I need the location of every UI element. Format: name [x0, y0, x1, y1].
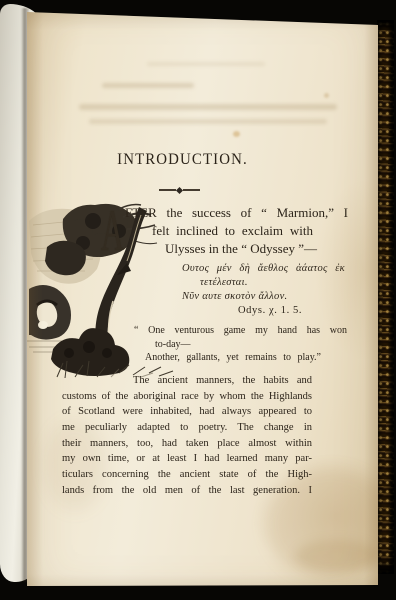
body-text-line: ticulars concerning the ancient state of… [62, 467, 312, 483]
verse-quote-line: Another, gallants, yet remains to play.” [145, 351, 321, 364]
page-title: INTRODUCTION. [38, 151, 327, 169]
body-text-line: customs of the aboriginal race by whom t… [62, 389, 312, 405]
rule-right [183, 189, 200, 191]
opening-line: FTER the success of “ Marmion,” I [125, 204, 348, 222]
greek-quote-line: τετέλεσται. [200, 276, 248, 289]
greek-quote-line: Ουτος μέν δὴ ἄεθλος ἀάατος ἐκ [182, 262, 345, 275]
drop-cap-initial: A [101, 202, 124, 260]
greek-quote-line: Νῦν αυτε σκοτὸν ἄλλον. [182, 290, 287, 303]
show-through-smudge [79, 104, 337, 110]
body-text-line: lands from the old men of the last gener… [62, 483, 312, 499]
show-through-smudge [147, 62, 265, 66]
opening-line: Ulysses in the “ Odyssey ”— [165, 240, 305, 258]
page-stain [324, 93, 329, 98]
greek-citation: Odys. χ. 1. 5. [238, 304, 302, 317]
show-through-smudge [89, 119, 327, 124]
diamond-icon [175, 186, 182, 193]
book-photograph: INTRODUCTION. [0, 0, 396, 600]
rule-left [159, 189, 176, 191]
body-text-line: my own time, or at least I had learned m… [62, 451, 312, 467]
body-text-line: The ancient manners, the habits and [62, 373, 312, 389]
opening-line: felt inclined to exclaim with [152, 222, 313, 240]
page-stain [233, 131, 240, 137]
verse-quote-line: to-day— [155, 338, 191, 351]
divider-ornament [156, 186, 202, 194]
body-text-line: me peculiarly adapted to poetry. The cha… [62, 420, 312, 436]
body-paragraph: The ancient manners, the habits and cust… [62, 373, 312, 499]
body-text-line: their manners, too, had taken place almo… [62, 436, 312, 452]
show-through-smudge [102, 83, 194, 88]
page-stain [295, 540, 379, 572]
body-text-line: of Scotland were inhabited, had always a… [62, 404, 312, 420]
verse-quote-line: “ One venturous game my hand has won [134, 324, 347, 337]
leather-binding-edge [377, 20, 394, 574]
book-page: INTRODUCTION. [27, 0, 378, 600]
